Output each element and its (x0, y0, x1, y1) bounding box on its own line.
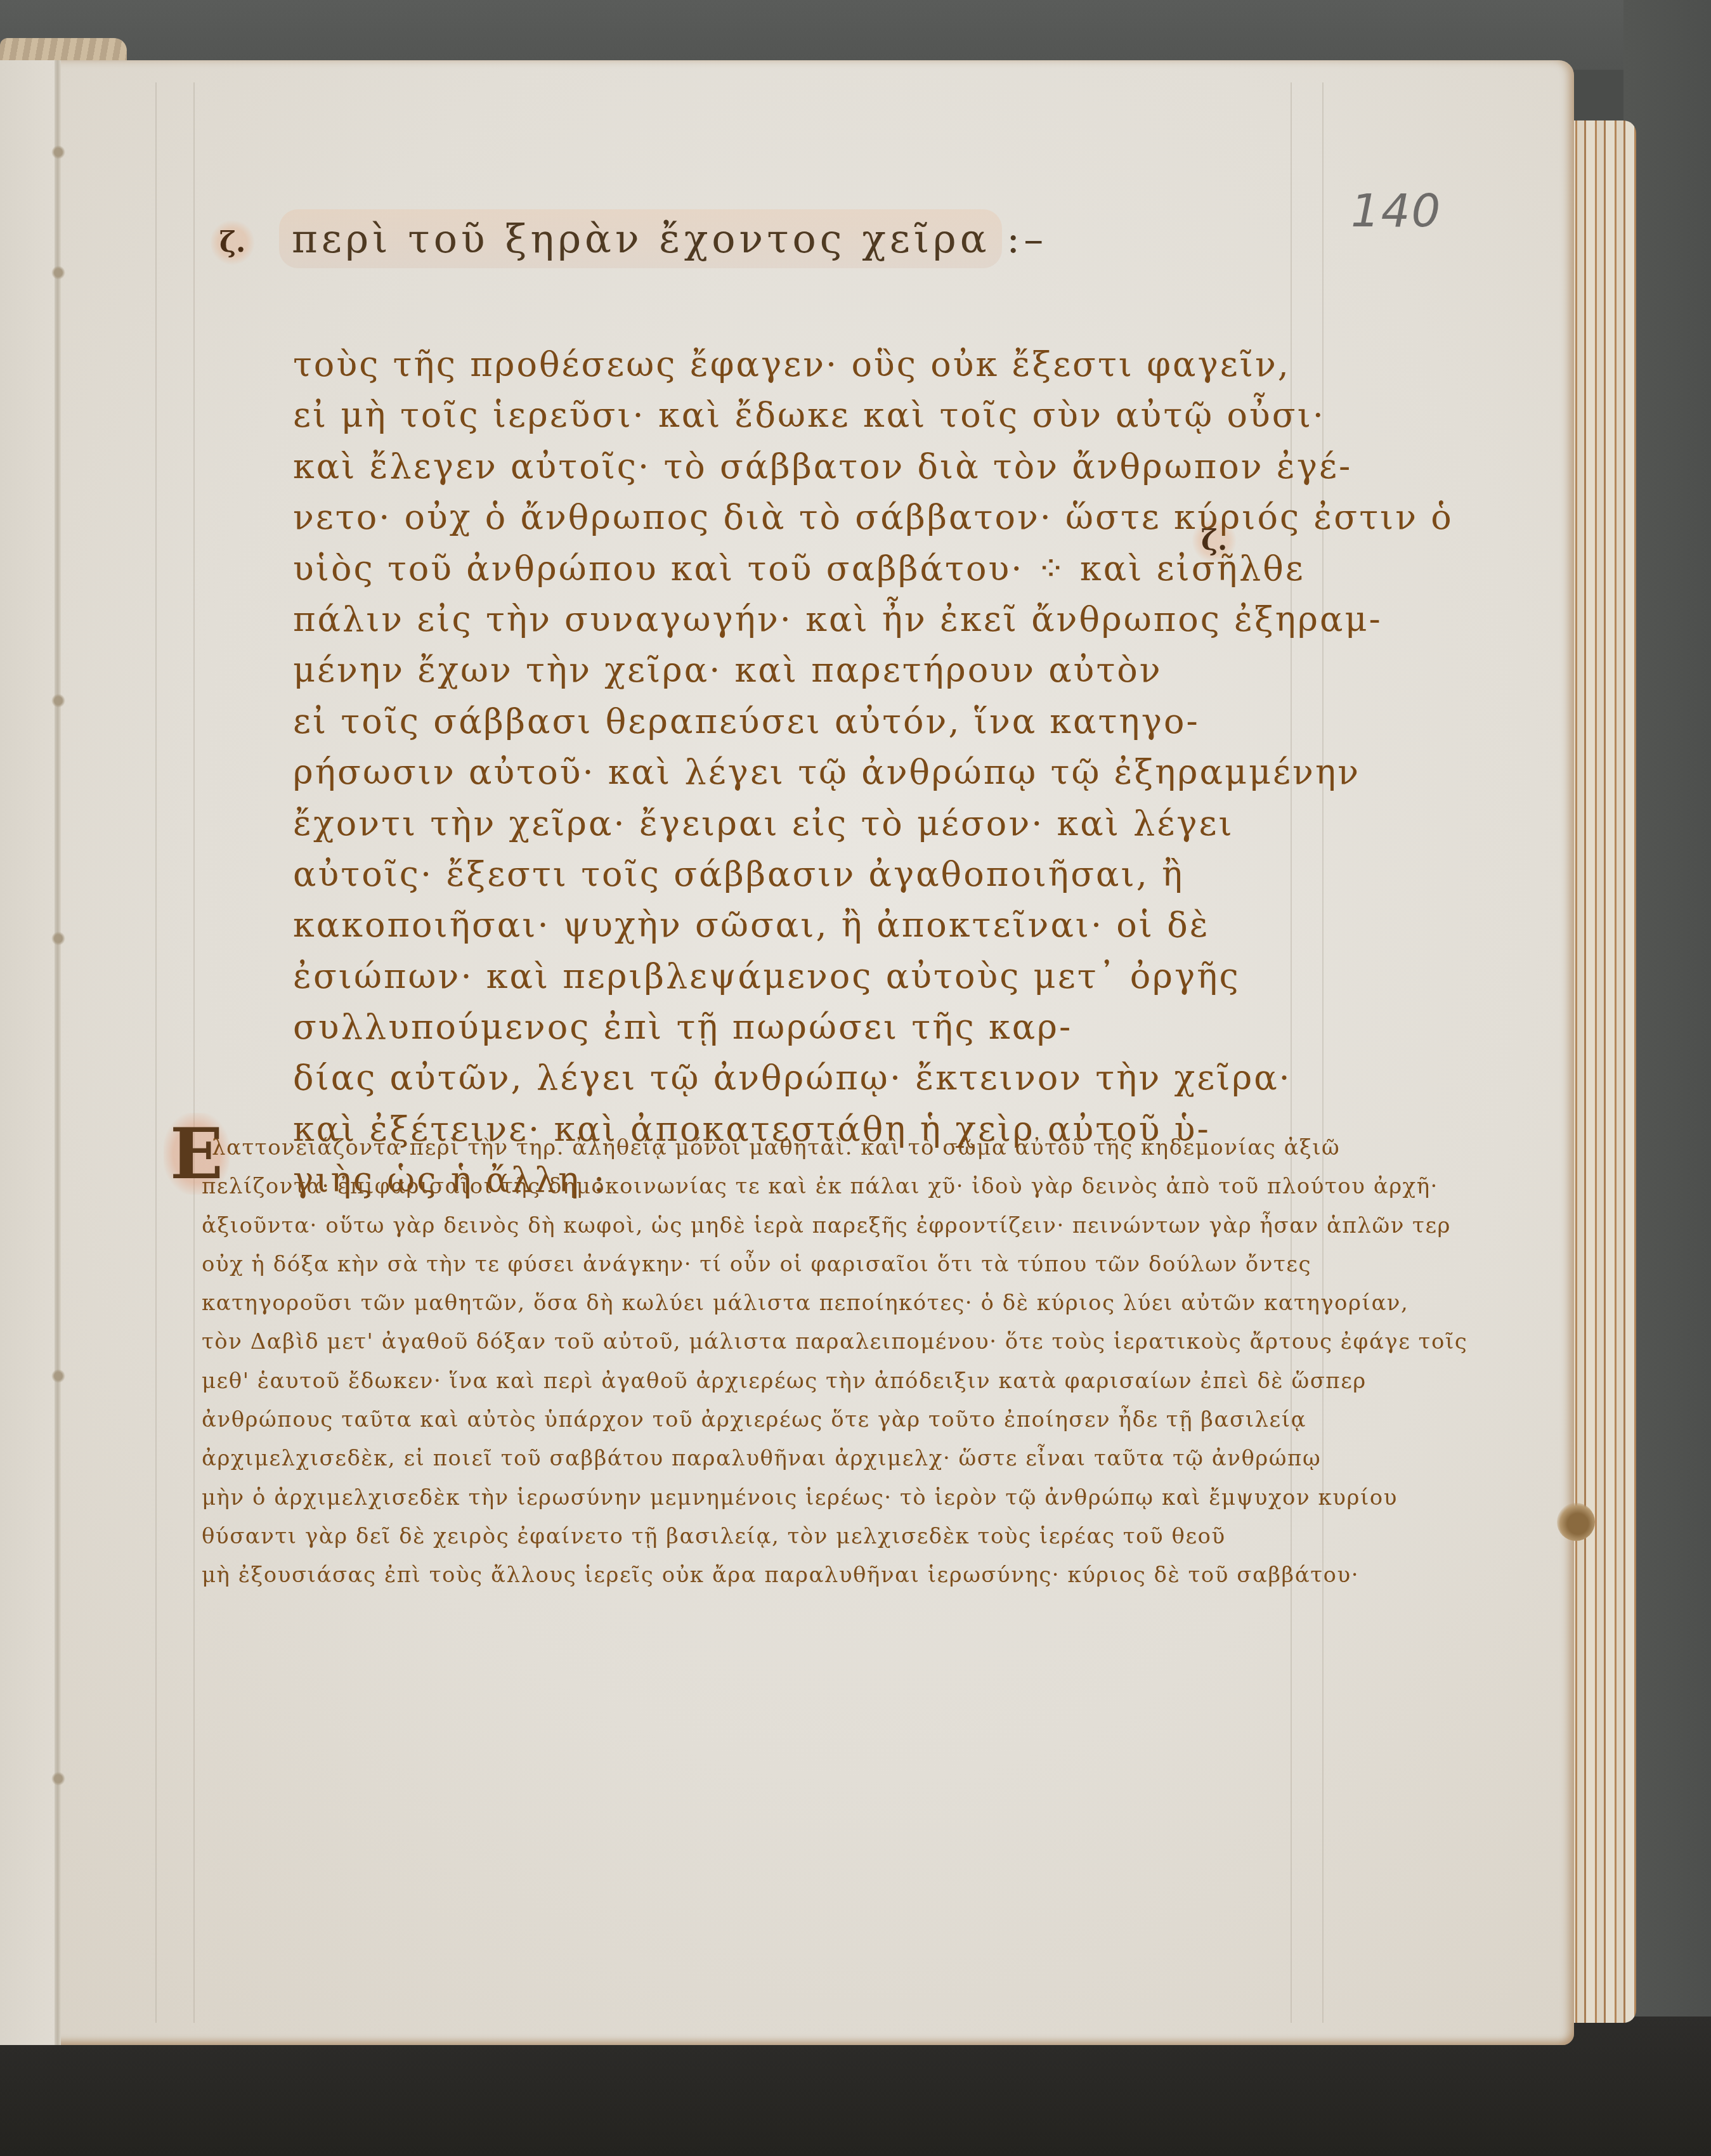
ruling-line (155, 82, 157, 2023)
commentary-line: ἀρχιμελχισεδὲκ, εἰ ποιεῖ τοῦ σαββάτου πα… (202, 1439, 1292, 1478)
commentary-line: μὴ ἐξουσιάσας ἐπὶ τοὺς ἄλλους ἱερεῖς οὐκ… (202, 1556, 1292, 1595)
commentary-line: τὸν Δαβὶδ μετ' ἀγαθοῦ δόξαν τοῦ αὐτοῦ, μ… (202, 1323, 1292, 1361)
commentary-line: πελίζοντα· ἐπιφαρισαῖοι τῆς δημοκοινωνία… (202, 1167, 1292, 1206)
binding-stitch (51, 266, 65, 280)
text-line: δίας αὐτῶν, λέγει τῷ ἀνθρώπῳ· ἔκτεινον τ… (293, 1053, 1181, 1103)
binding-stitch (51, 1772, 65, 1786)
facing-page-sliver (0, 60, 55, 2045)
text-line: εἰ τοῖς σάββασι θεραπεύσει αὐτόν, ἵνα κα… (293, 696, 1181, 747)
text-line: τοὺς τῆς προθέσεως ἔφαγεν· οὓς οὐκ ἔξεστ… (293, 339, 1181, 390)
binding-stitch (51, 694, 65, 708)
gutter-fold (55, 60, 61, 2045)
commentary-line: ἀνθρώπους ταῦτα καὶ αὐτὸς ὑπάρχον τοῦ ἀρ… (202, 1401, 1292, 1439)
text-line: νετο· οὐχ ὁ ἄνθρωπος διὰ τὸ σάββατον· ὥσ… (293, 492, 1181, 543)
text-line: πάλιν εἰς τὴν συναγωγήν· καὶ ἦν ἐκεῖ ἄνθ… (293, 594, 1181, 645)
text-line: καὶ ἔλεγεν αὐτοῖς· τὸ σάββατον διὰ τὸν ἄ… (293, 441, 1181, 492)
binding-stitch (51, 1369, 65, 1383)
ruling-line (1291, 82, 1292, 2023)
folio-number: 140 (1351, 184, 1441, 237)
ruling-line (193, 82, 195, 2023)
page-edges-stack (1566, 120, 1636, 2023)
commentary-line: οὐχ ἡ δόξα κὴν σὰ τὴν τε φύσει ἀνάγκην· … (202, 1245, 1292, 1284)
text-line: εἰ μὴ τοῖς ἱερεῦσι· καὶ ἔδωκε καὶ τοῖς σ… (293, 390, 1181, 441)
binding-stitch (51, 145, 65, 159)
binding-stitch (51, 932, 65, 945)
commentary-line: ἀξιοῦντα· οὕτω γὰρ δεινὸς δὴ κωφοὶ, ὡς μ… (202, 1207, 1292, 1245)
ruling-line (1322, 82, 1324, 2023)
text-line: αὐτοῖς· ἔξεστι τοῖς σάββασιν ἀγαθοποιῆσα… (293, 849, 1181, 900)
commentary-line: λαττονειάζοντα περὶ τὴν τηρ. ἀληθείᾳ μόν… (202, 1129, 1292, 1167)
binding-cord (0, 38, 127, 63)
text-line: κακοποιῆσαι· ψυχὴν σῶσαι, ἢ ἀποκτεῖναι· … (293, 900, 1181, 951)
main-text-block: τοὺς τῆς προθέσεως ἔφαγεν· οὓς οὐκ ἔξεστ… (293, 339, 1181, 1206)
text-line: ἔχοντι τὴν χεῖρα· ἔγειραι εἰς τὸ μέσον· … (293, 798, 1181, 849)
text-line: συλλυπούμενος ἐπὶ τῇ πωρώσει τῆς καρ- (293, 1002, 1181, 1053)
chapter-heading: περὶ τοῦ ξηρὰν ἔχοντος χεῖρα :– (279, 209, 1002, 268)
parchment-hole (1557, 1503, 1595, 1541)
text-line: ἐσιώπων· καὶ περιβλεψάμενος αὐτοὺς μετ᾽ … (293, 951, 1181, 1002)
text-line: υἱὸς τοῦ ἀνθρώπου καὶ τοῦ σαββάτου· ⁘ κα… (293, 543, 1181, 594)
text-line: ρήσωσιν αὐτοῦ· καὶ λέγει τῷ ἀνθρώπῳ τῷ ἐ… (293, 747, 1181, 798)
background-top (0, 0, 1711, 70)
commentary-line: θύσαντι γὰρ δεῖ δὲ χειρὸς ἐφαίνετο τῇ βα… (202, 1517, 1292, 1556)
commentary-block: λαττονειάζοντα περὶ τὴν τηρ. ἀληθείᾳ μόν… (202, 1129, 1292, 1595)
background-right (1623, 0, 1711, 2156)
commentary-line: μεθ' ἑαυτοῦ ἔδωκεν· ἵνα καὶ περὶ ἀγαθοῦ … (202, 1362, 1292, 1401)
commentary-line: μὴν ὁ ἀρχιμελχισεδὲκ τὴν ἱερωσύνην μεμνη… (202, 1479, 1292, 1517)
commentary-line: κατηγοροῦσι τῶν μαθητῶν, ὅσα δὴ κωλύει μ… (202, 1284, 1292, 1323)
section-marker: ζ. (211, 219, 254, 266)
text-line: μένην ἔχων τὴν χεῖρα· καὶ παρετήρουν αὐτ… (293, 645, 1181, 696)
